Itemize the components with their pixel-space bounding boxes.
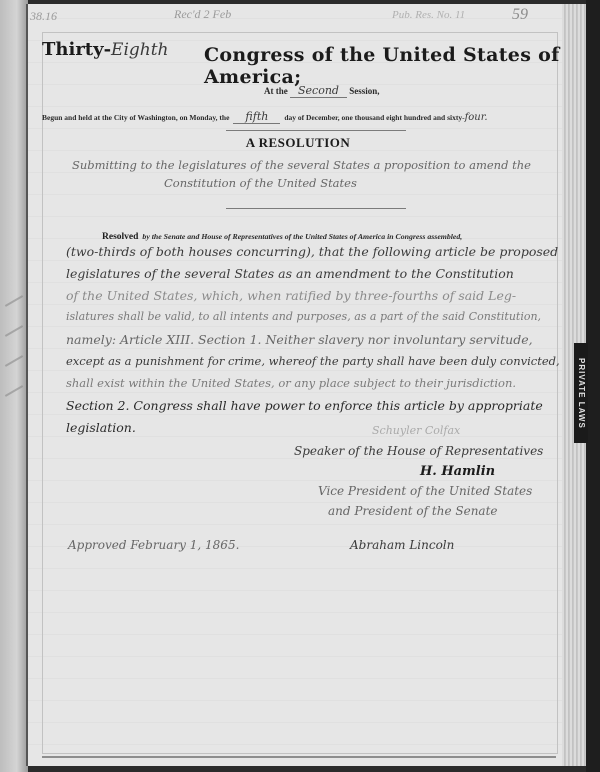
begun-line: Begun and held at the City of Washington…: [42, 107, 488, 125]
vp-title-line2: and President of the Senate: [328, 504, 498, 518]
begun-day: fifth: [233, 110, 280, 124]
session-line: At the Second Session,: [264, 84, 379, 97]
congress-number: Thirty-Eighth: [42, 39, 169, 60]
body-line: (two-thirds of both houses concurring), …: [66, 244, 599, 259]
body-line: of the United States, which, when ratifi…: [66, 288, 516, 303]
bottom-rule: [42, 756, 556, 758]
resolution-subtitle-line1: Submitting to the legislatures of the se…: [72, 158, 531, 172]
body-line: legislation.: [66, 420, 136, 435]
document-page: 38.16 Rec'd 2 Feb Pub. Res. No. 11 59 Th…: [26, 4, 568, 766]
body-line: except as a punishment for crime, whereo…: [66, 354, 560, 368]
president-signature: Abraham Lincoln: [350, 538, 454, 552]
book-cover: [586, 0, 600, 772]
resolved-word: Resolved: [102, 232, 138, 242]
vp-title-line1: Vice President of the United States: [318, 484, 532, 498]
congress-printed: Thirty-: [42, 39, 111, 60]
session-written: Second: [290, 84, 347, 98]
left-page-handwriting: [5, 355, 23, 367]
speaker-title: Speaker of the House of Representatives: [294, 444, 543, 458]
pencil-number: 38.16: [30, 9, 57, 24]
begun-year: four.: [465, 112, 488, 123]
begun-prefix: Begun and held at the City of Washington…: [42, 113, 229, 122]
resolved-clause: Resolved by the Senate and House of Repr…: [102, 226, 462, 244]
begun-suffix: day of December, one thousand eight hund…: [284, 113, 464, 122]
speaker-signature: Schuyler Colfax: [372, 424, 460, 437]
session-prefix: At the: [264, 86, 288, 96]
divider: [226, 208, 406, 209]
document-title: Congress of the United States of America…: [204, 44, 568, 88]
pencil-public-resolution: Pub. Res. No. 11: [392, 9, 465, 21]
body-line: namely: Article XIII. Section 1. Neither…: [66, 332, 533, 347]
congress-written: Eighth: [111, 40, 168, 60]
left-page-handwriting: [5, 325, 23, 337]
body-line: islatures shall be valid, to all intents…: [66, 310, 541, 323]
resolution-heading: A RESOLUTION: [28, 135, 568, 151]
body-line: Section 2. Congress shall have power to …: [66, 398, 543, 413]
folio-number: 59: [512, 6, 528, 24]
resolution-subtitle-line2: Constitution of the United States: [164, 176, 357, 190]
section-tab-private-laws[interactable]: PRIVATE LAWS: [574, 343, 588, 443]
approval-date: Approved February 1, 1865.: [68, 538, 239, 552]
vp-signature: H. Hamlin: [420, 464, 495, 479]
session-suffix: Session,: [349, 86, 379, 96]
bound-volume: 38.16 Rec'd 2 Feb Pub. Res. No. 11 59 Th…: [0, 0, 600, 772]
body-line: legislatures of the several States as an…: [66, 266, 514, 281]
divider: [226, 130, 406, 131]
left-page-handwriting: [5, 295, 23, 307]
left-page-edge: [0, 0, 28, 772]
pencil-received-note: Rec'd 2 Feb: [174, 7, 231, 22]
left-page-handwriting: [5, 385, 23, 397]
body-line: shall exist within the United States, or…: [66, 376, 516, 390]
resolved-text: by the Senate and House of Representativ…: [142, 232, 462, 241]
